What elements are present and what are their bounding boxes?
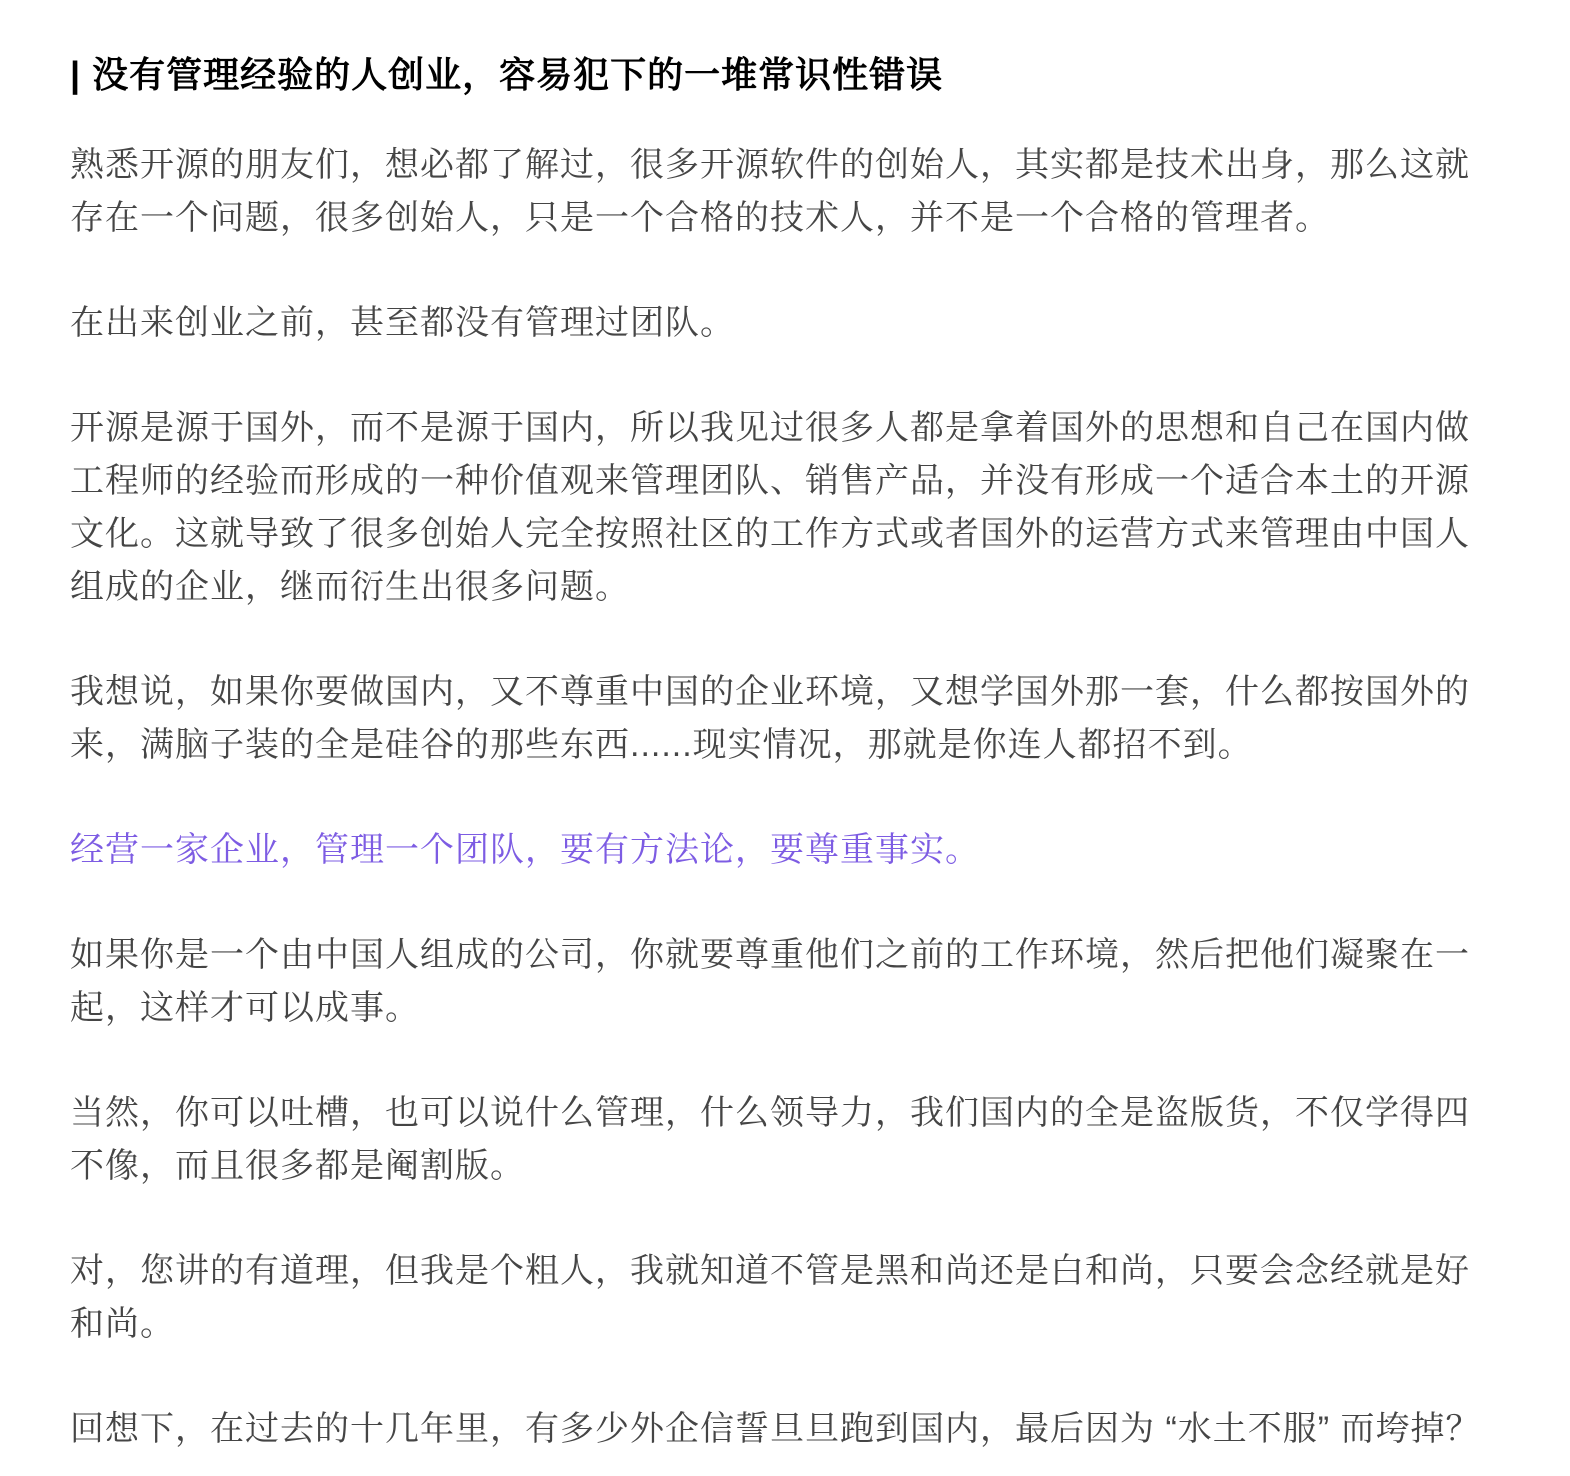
- paragraph-9: 回想下，在过去的十几年里，有多少外企信誓旦旦跑到国内，最后因为 “水土不服” 而…: [70, 1403, 1500, 1456]
- paragraph-7: 当然，你可以吐槽，也可以说什么管理，什么领导力，我们国内的全是盗版货，不仅学得四…: [70, 1087, 1500, 1193]
- paragraph-4: 我想说，如果你要做国内，又不尊重中国的企业环境，又想学国外那一套，什么都按国外的…: [70, 666, 1500, 772]
- paragraph-1: 熟悉开源的朋友们，想必都了解过，很多开源软件的创始人，其实都是技术出身，那么这就…: [70, 139, 1500, 245]
- paragraph-2: 在出来创业之前，甚至都没有管理过团队。: [70, 297, 1500, 350]
- highlighted-link-paragraph[interactable]: 经营一家企业，管理一个团队，要有方法论，要尊重事实。: [70, 824, 1500, 877]
- paragraph-6: 如果你是一个由中国人组成的公司，你就要尊重他们之前的工作环境，然后把他们凝聚在一…: [70, 929, 1500, 1035]
- paragraph-3: 开源是源于国外，而不是源于国内，所以我见过很多人都是拿着国外的思想和自己在国内做…: [70, 402, 1500, 614]
- article-page: | 没有管理经验的人创业，容易犯下的一堆常识性错误 熟悉开源的朋友们，想必都了解…: [0, 0, 1570, 1476]
- paragraph-8: 对，您讲的有道理，但我是个粗人，我就知道不管是黑和尚还是白和尚，只要会念经就是好…: [70, 1245, 1500, 1351]
- section-heading: | 没有管理经验的人创业，容易犯下的一堆常识性错误: [70, 50, 1500, 100]
